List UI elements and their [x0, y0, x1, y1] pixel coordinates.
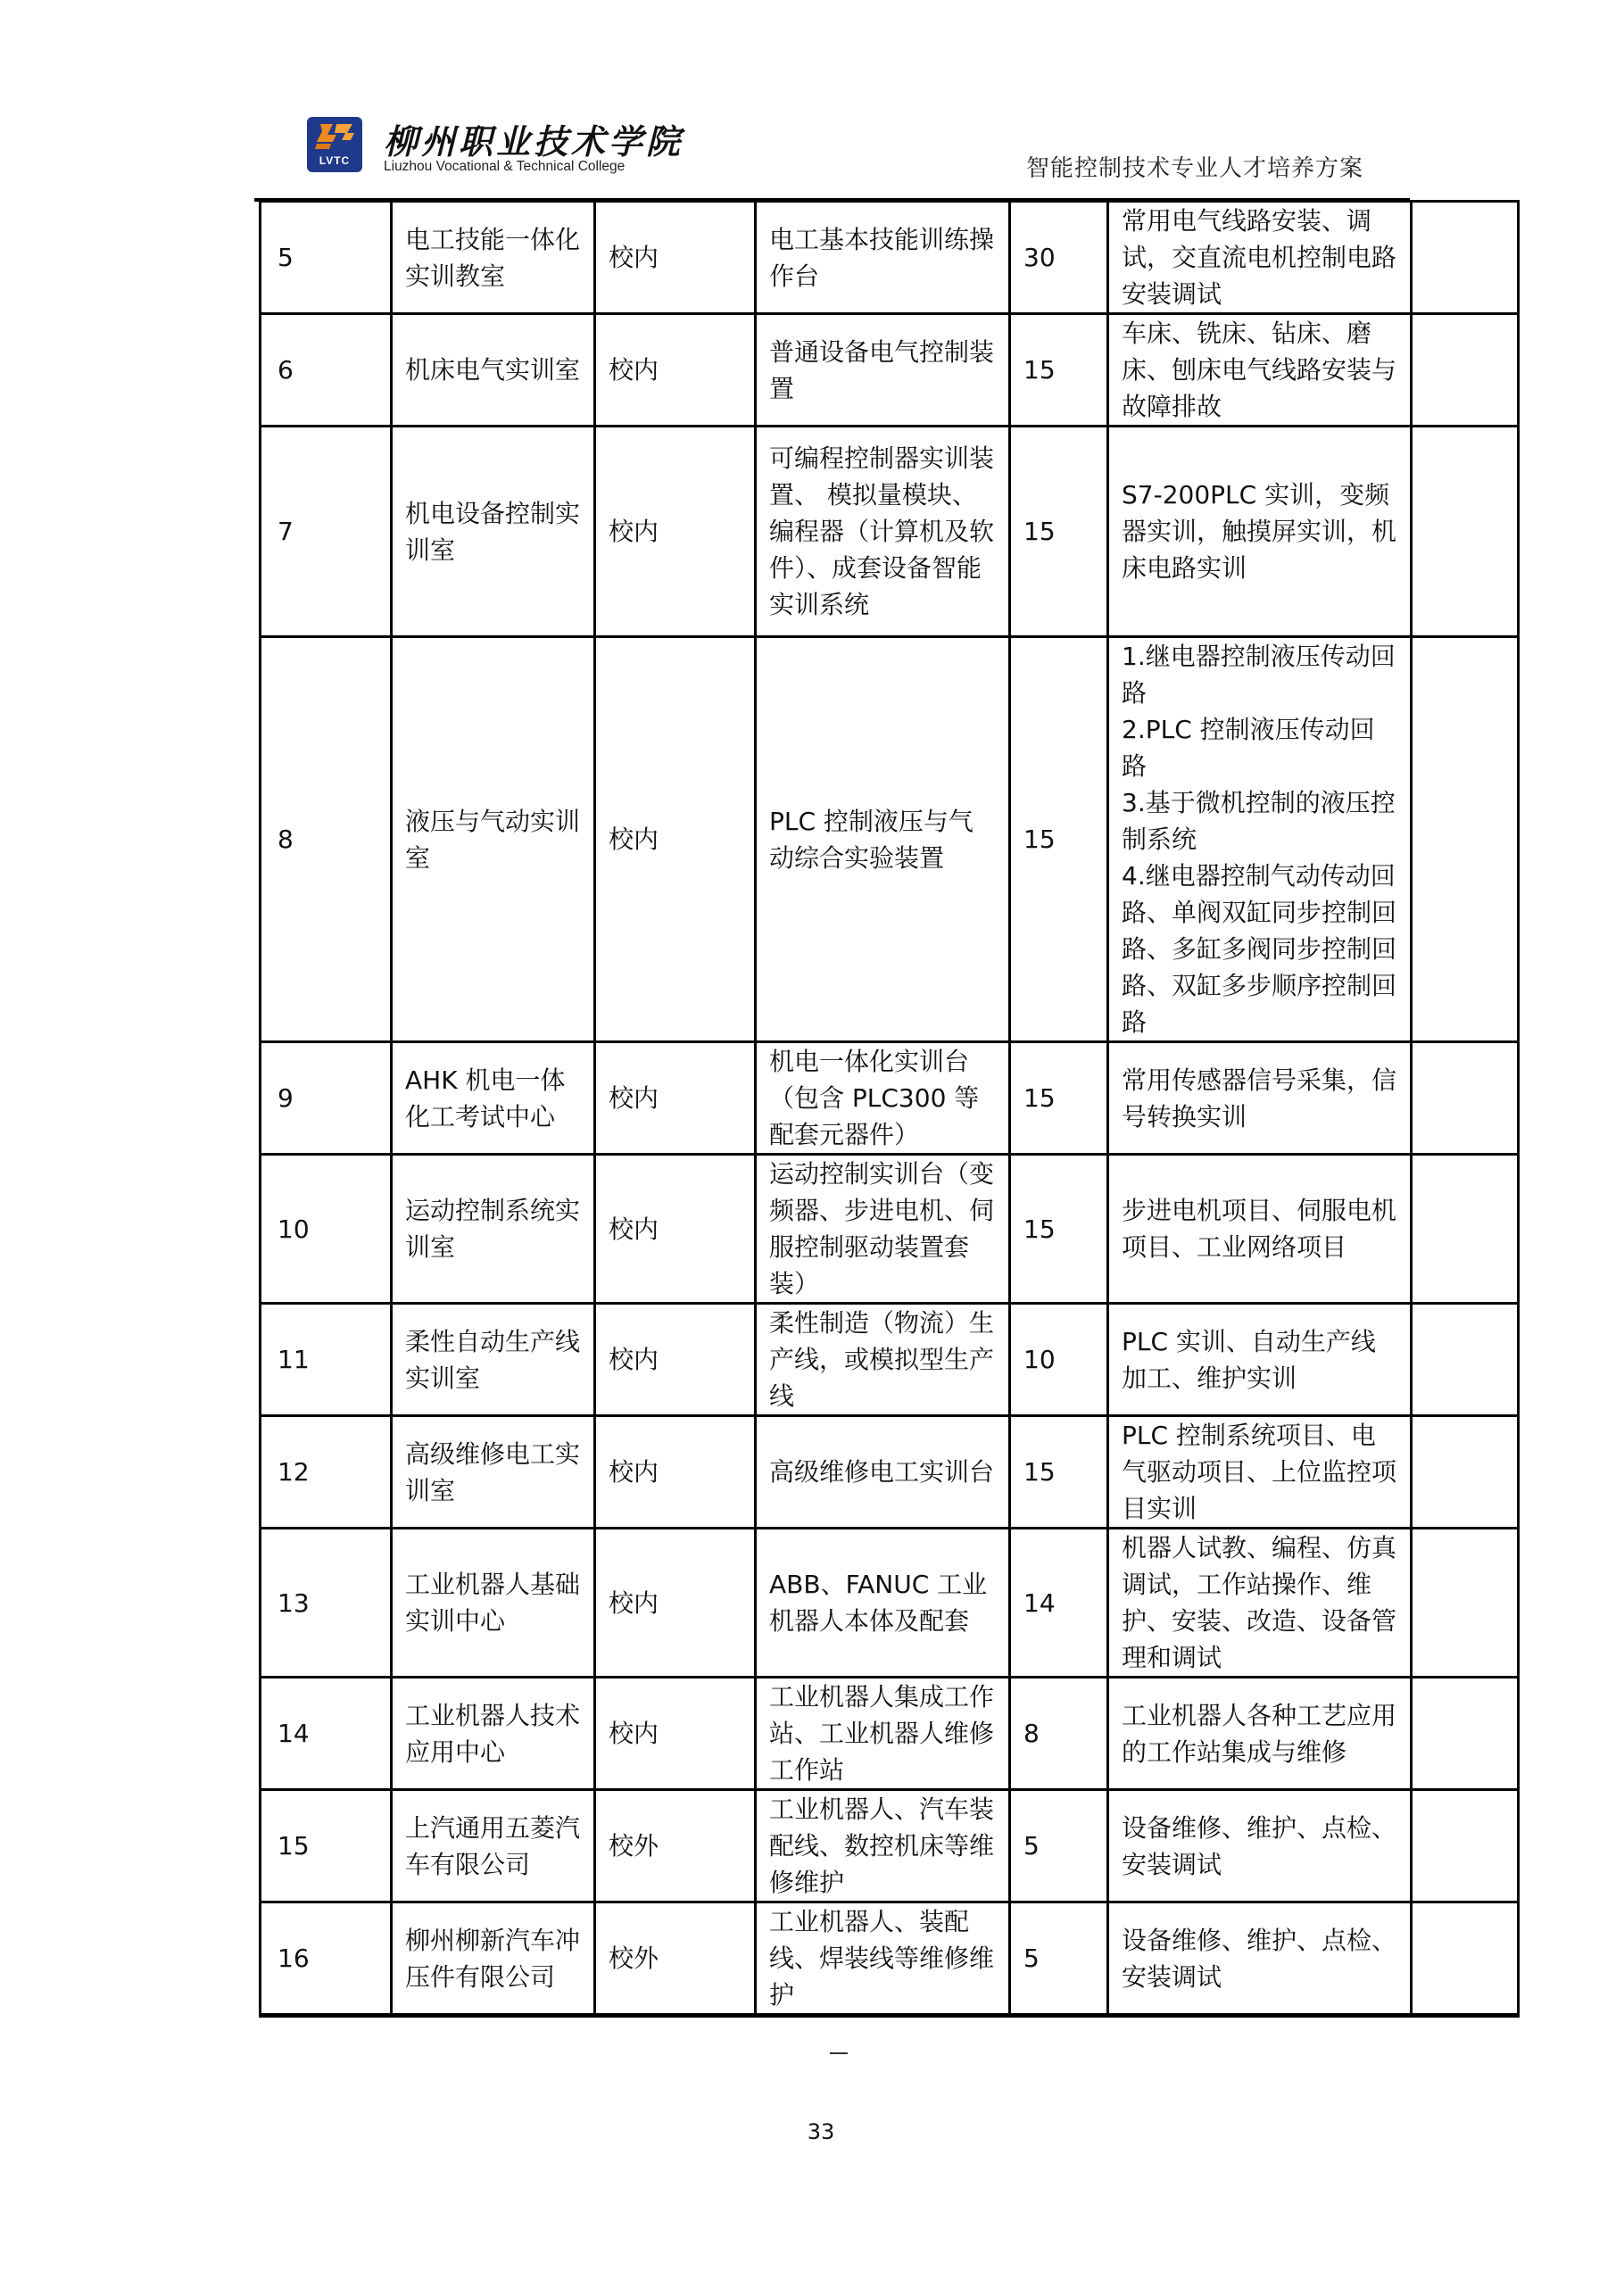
location: 校内	[609, 1719, 659, 1748]
college-name-cn: 柳州职业技术学院	[384, 114, 684, 163]
facility-name: AHK 机电一体化工考试中心	[405, 1065, 565, 1131]
training-projects-cell: PLC 实训、自动生产线加工、维护实训	[1108, 1304, 1412, 1416]
row-number-cell: 7	[261, 427, 392, 637]
page-number: 33	[0, 2119, 1624, 2144]
table-row: 13工业机器人基础实训中心校内ABB、FANUC 工业机器人本体及配套14机器人…	[261, 1529, 1519, 1678]
facility-name-cell: 电工技能一体化实训教室	[392, 202, 595, 314]
project-line: 1.继电器控制液压传动回路	[1122, 638, 1397, 711]
location-cell: 校内	[595, 1529, 756, 1678]
equipment: 电工基本技能训练操作台	[769, 225, 994, 291]
facility-name: 机电设备控制实训室	[405, 499, 580, 565]
station-count-cell: 5	[1010, 1902, 1108, 2016]
equipment: 柔性制造（物流）生产线，或模拟型生产线	[769, 1308, 994, 1411]
training-projects: 工业机器人各种工艺应用的工作站集成与维修	[1122, 1701, 1396, 1767]
row-number: 12	[278, 1457, 310, 1487]
facility-name-cell: 运动控制系统实训室	[392, 1155, 595, 1304]
facility-name: 运动控制系统实训室	[405, 1196, 580, 1262]
training-projects: PLC 实训、自动生产线加工、维护实训	[1122, 1327, 1376, 1393]
table-body: 5电工技能一体化实训教室校内电工基本技能训练操作台30常用电气线路安装、调试，交…	[261, 202, 1519, 2016]
page-header: LVTC 柳州职业技术学院 Liuzhou Vocational & Techn…	[0, 0, 1624, 201]
equipment-cell: 机电一体化实训台（包含 PLC300 等配套元器件）	[756, 1042, 1010, 1155]
facility-name: 柳州柳新汽车冲压件有限公司	[405, 1926, 580, 1992]
location: 校内	[609, 243, 659, 272]
equipment: 机电一体化实训台（包含 PLC300 等配套元器件）	[769, 1047, 979, 1149]
station-count: 15	[1023, 355, 1056, 385]
facility-name-cell: 高级维修电工实训室	[392, 1416, 595, 1529]
document-title: 智能控制技术专业人才培养方案	[1026, 150, 1363, 183]
station-count-cell: 5	[1010, 1790, 1108, 1902]
equipment: 工业机器人集成工作站、工业机器人维修工作站	[769, 1682, 994, 1785]
row-number: 9	[278, 1083, 294, 1113]
remark-cell	[1412, 1529, 1519, 1678]
table-row: 16柳州柳新汽车冲压件有限公司校外工业机器人、装配线、焊装线等维修维护5设备维修…	[261, 1902, 1519, 2016]
station-count: 10	[1023, 1345, 1056, 1374]
station-count: 5	[1023, 1831, 1040, 1861]
training-projects-cell: 常用电气线路安装、调试，交直流电机控制电路安装调试	[1108, 202, 1412, 314]
facility-name-cell: 柳州柳新汽车冲压件有限公司	[392, 1902, 595, 2016]
table-row: 6机床电气实训室校内普通设备电气控制装置15车床、铣床、钻床、磨床、刨床电气线路…	[261, 314, 1519, 427]
row-number-cell: 16	[261, 1902, 392, 2016]
training-projects: 常用电气线路安装、调试，交直流电机控制电路安装调试	[1122, 206, 1396, 309]
station-count: 30	[1023, 243, 1056, 272]
facility-name-cell: 柔性自动生产线实训室	[392, 1304, 595, 1416]
equipment: PLC 控制液压与气动综合实验装置	[769, 807, 974, 873]
table-row: 12高级维修电工实训室校内高级维修电工实训台15PLC 控制系统项目、电气驱动项…	[261, 1416, 1519, 1529]
row-number-cell: 5	[261, 202, 392, 314]
training-projects: PLC 控制系统项目、电气驱动项目、上位监控项目实训	[1122, 1421, 1396, 1523]
facility-name: 上汽通用五菱汽车有限公司	[405, 1813, 580, 1879]
remark-cell	[1412, 202, 1519, 314]
table-row: 15上汽通用五菱汽车有限公司校外工业机器人、汽车装配线、数控机床等维修维护5设备…	[261, 1790, 1519, 1902]
project-line: 2.PLC 控制液压传动回路	[1122, 711, 1397, 784]
facility-name-cell: 机电设备控制实训室	[392, 427, 595, 637]
station-count: 14	[1023, 1588, 1056, 1618]
location: 校内	[609, 517, 659, 546]
station-count: 5	[1023, 1944, 1040, 1973]
row-number-cell: 6	[261, 314, 392, 427]
row-number: 11	[278, 1345, 310, 1374]
station-count: 8	[1023, 1719, 1040, 1748]
row-number-cell: 8	[261, 637, 392, 1042]
remark-cell	[1412, 1790, 1519, 1902]
facility-name-cell: 液压与气动实训室	[392, 637, 595, 1042]
row-number-cell: 11	[261, 1304, 392, 1416]
station-count-cell: 15	[1010, 314, 1108, 427]
training-projects-cell: 1.继电器控制液压传动回路2.PLC 控制液压传动回路3.基于微机控制的液压控制…	[1108, 637, 1412, 1042]
station-count-cell: 10	[1010, 1304, 1108, 1416]
equipment: 工业机器人、装配线、焊装线等维修维护	[769, 1907, 994, 2010]
equipment-cell: 工业机器人、汽车装配线、数控机床等维修维护	[756, 1790, 1010, 1902]
location-cell: 校外	[595, 1790, 756, 1902]
equipment-cell: 电工基本技能训练操作台	[756, 202, 1010, 314]
facility-name: 工业机器人基础实训中心	[405, 1570, 580, 1636]
location-cell: 校内	[595, 1416, 756, 1529]
row-number: 16	[278, 1944, 310, 1973]
row-number-cell: 9	[261, 1042, 392, 1155]
training-projects-cell: 步进电机项目、伺服电机项目、工业网络项目	[1108, 1155, 1412, 1304]
location-cell: 校内	[595, 427, 756, 637]
facility-name-cell: 工业机器人基础实训中心	[392, 1529, 595, 1678]
logo-text: LVTC	[307, 154, 362, 167]
remark-cell	[1412, 1042, 1519, 1155]
facility-name-cell: AHK 机电一体化工考试中心	[392, 1042, 595, 1155]
location: 校内	[609, 825, 659, 854]
training-projects-cell: 常用传感器信号采集，信号转换实训	[1108, 1042, 1412, 1155]
project-line: 3.基于微机控制的液压控制系统	[1122, 784, 1397, 858]
table-row: 7机电设备控制实训室校内可编程控制器实训装置、 模拟量模块、编程器（计算机及软件…	[261, 427, 1519, 637]
facility-name: 液压与气动实训室	[405, 807, 580, 873]
training-projects: S7-200PLC 实训，变频器实训，触摸屏实训，机床电路实训	[1122, 480, 1396, 583]
equipment-cell: 工业机器人、装配线、焊装线等维修维护	[756, 1902, 1010, 2016]
training-projects: 设备维修、维护、点检、安装调试	[1122, 1813, 1396, 1879]
row-number: 14	[278, 1719, 310, 1748]
station-count-cell: 8	[1010, 1678, 1108, 1790]
remark-cell	[1412, 427, 1519, 637]
location: 校内	[609, 1345, 659, 1374]
location-cell: 校内	[595, 1678, 756, 1790]
equipment: 工业机器人、汽车装配线、数控机床等维修维护	[769, 1795, 994, 1897]
row-number-cell: 15	[261, 1790, 392, 1902]
equipment: 运动控制实训台（变频器、步进电机、伺服控制驱动装置套装）	[769, 1159, 994, 1298]
equipment-cell: 普通设备电气控制装置	[756, 314, 1010, 427]
college-logo: LVTC	[307, 117, 362, 172]
training-projects-cell: 工业机器人各种工艺应用的工作站集成与维修	[1108, 1678, 1412, 1790]
location: 校内	[609, 1214, 659, 1244]
training-projects-cell: 设备维修、维护、点检、安装调试	[1108, 1790, 1412, 1902]
training-projects-cell: PLC 控制系统项目、电气驱动项目、上位监控项目实训	[1108, 1416, 1412, 1529]
station-count: 15	[1023, 1083, 1056, 1113]
row-number: 6	[278, 355, 294, 385]
facility-name-cell: 机床电气实训室	[392, 314, 595, 427]
station-count-cell: 15	[1010, 637, 1108, 1042]
row-number-cell: 12	[261, 1416, 392, 1529]
training-projects: 步进电机项目、伺服电机项目、工业网络项目	[1122, 1196, 1396, 1262]
location-cell: 校内	[595, 314, 756, 427]
remark-cell	[1412, 1416, 1519, 1529]
table-row: 11柔性自动生产线实训室校内柔性制造（物流）生产线，或模拟型生产线10PLC 实…	[261, 1304, 1519, 1416]
training-projects: 常用传感器信号采集，信号转换实训	[1122, 1065, 1396, 1131]
station-count: 15	[1023, 825, 1056, 854]
location: 校外	[609, 1831, 659, 1861]
remark-cell	[1412, 1304, 1519, 1416]
station-count: 15	[1023, 517, 1056, 546]
training-facilities-table: 5电工技能一体化实训教室校内电工基本技能训练操作台30常用电气线路安装、调试，交…	[259, 200, 1520, 2018]
equipment-cell: 工业机器人集成工作站、工业机器人维修工作站	[756, 1678, 1010, 1790]
facility-name-cell: 工业机器人技术应用中心	[392, 1678, 595, 1790]
facility-name: 高级维修电工实训室	[405, 1439, 580, 1505]
training-projects-cell: 车床、铣床、钻床、磨床、刨床电气线路安装与故障排故	[1108, 314, 1412, 427]
location: 校内	[609, 355, 659, 385]
row-number-cell: 10	[261, 1155, 392, 1304]
station-count: 15	[1023, 1457, 1056, 1487]
remark-cell	[1412, 314, 1519, 427]
equipment-cell: ABB、FANUC 工业机器人本体及配套	[756, 1529, 1010, 1678]
row-number-cell: 14	[261, 1678, 392, 1790]
location-cell: 校内	[595, 637, 756, 1042]
equipment: ABB、FANUC 工业机器人本体及配套	[769, 1570, 987, 1636]
facility-name-cell: 上汽通用五菱汽车有限公司	[392, 1790, 595, 1902]
remark-cell	[1412, 637, 1519, 1042]
equipment: 高级维修电工实训台	[769, 1457, 994, 1487]
station-count-cell: 14	[1010, 1529, 1108, 1678]
equipment-cell: PLC 控制液压与气动综合实验装置	[756, 637, 1010, 1042]
location: 校内	[609, 1083, 659, 1113]
remark-cell	[1412, 1678, 1519, 1790]
location-cell: 校内	[595, 202, 756, 314]
facility-name: 机床电气实训室	[405, 355, 580, 385]
row-number: 15	[278, 1831, 310, 1861]
station-count: 15	[1023, 1214, 1056, 1244]
equipment: 可编程控制器实训装置、 模拟量模块、编程器（计算机及软件）、成套设备智能实训系统	[769, 443, 994, 619]
project-line: 4.继电器控制气动传动回路、单阀双缸同步控制回路、多缸多阀同步控制回路、双缸多步…	[1122, 858, 1397, 1040]
row-number: 10	[278, 1214, 310, 1244]
remark-cell	[1412, 1155, 1519, 1304]
facility-name: 工业机器人技术应用中心	[405, 1701, 580, 1767]
equipment: 普通设备电气控制装置	[769, 337, 994, 403]
row-number: 13	[278, 1588, 310, 1618]
location-cell: 校外	[595, 1902, 756, 2016]
table-row: 14工业机器人技术应用中心校内工业机器人集成工作站、工业机器人维修工作站8工业机…	[261, 1678, 1519, 1790]
row-number: 5	[278, 243, 294, 272]
training-projects-cell: S7-200PLC 实训，变频器实训，触摸屏实训，机床电路实训	[1108, 427, 1412, 637]
station-count-cell: 15	[1010, 1416, 1108, 1529]
equipment-cell: 柔性制造（物流）生产线，或模拟型生产线	[756, 1304, 1010, 1416]
table-row: 9AHK 机电一体化工考试中心校内机电一体化实训台（包含 PLC300 等配套元…	[261, 1042, 1519, 1155]
equipment-cell: 高级维修电工实训台	[756, 1416, 1010, 1529]
location: 校内	[609, 1588, 659, 1618]
training-projects: 车床、铣床、钻床、磨床、刨床电气线路安装与故障排故	[1122, 319, 1396, 421]
remark-cell	[1412, 1902, 1519, 2016]
location-cell: 校内	[595, 1155, 756, 1304]
equipment-cell: 运动控制实训台（变频器、步进电机、伺服控制驱动装置套装）	[756, 1155, 1010, 1304]
facility-name: 电工技能一体化实训教室	[405, 225, 580, 291]
lvtc-logo-icon	[315, 122, 354, 153]
table-row: 5电工技能一体化实训教室校内电工基本技能训练操作台30常用电气线路安装、调试，交…	[261, 202, 1519, 314]
table-row: 10运动控制系统实训室校内运动控制实训台（变频器、步进电机、伺服控制驱动装置套装…	[261, 1155, 1519, 1304]
training-projects: 设备维修、维护、点检、安装调试	[1122, 1926, 1396, 1992]
station-count-cell: 30	[1010, 202, 1108, 314]
row-number: 7	[278, 517, 294, 546]
footer-dash	[830, 2052, 848, 2054]
training-projects: 机器人试教、编程、仿真调试，工作站操作、维护、安装、改造、设备管理和调试	[1122, 1533, 1396, 1672]
row-number: 8	[278, 825, 294, 854]
facility-name: 柔性自动生产线实训室	[405, 1327, 580, 1393]
row-number-cell: 13	[261, 1529, 392, 1678]
training-projects-cell: 机器人试教、编程、仿真调试，工作站操作、维护、安装、改造、设备管理和调试	[1108, 1529, 1412, 1678]
college-name-en: Liuzhou Vocational & Technical College	[384, 159, 625, 175]
location: 校外	[609, 1944, 659, 1973]
location-cell: 校内	[595, 1304, 756, 1416]
location-cell: 校内	[595, 1042, 756, 1155]
location: 校内	[609, 1457, 659, 1487]
station-count-cell: 15	[1010, 1042, 1108, 1155]
equipment-cell: 可编程控制器实训装置、 模拟量模块、编程器（计算机及软件）、成套设备智能实训系统	[756, 427, 1010, 637]
station-count-cell: 15	[1010, 1155, 1108, 1304]
station-count-cell: 15	[1010, 427, 1108, 637]
table-row: 8液压与气动实训室校内PLC 控制液压与气动综合实验装置151.继电器控制液压传…	[261, 637, 1519, 1042]
training-projects-cell: 设备维修、维护、点检、安装调试	[1108, 1902, 1412, 2016]
